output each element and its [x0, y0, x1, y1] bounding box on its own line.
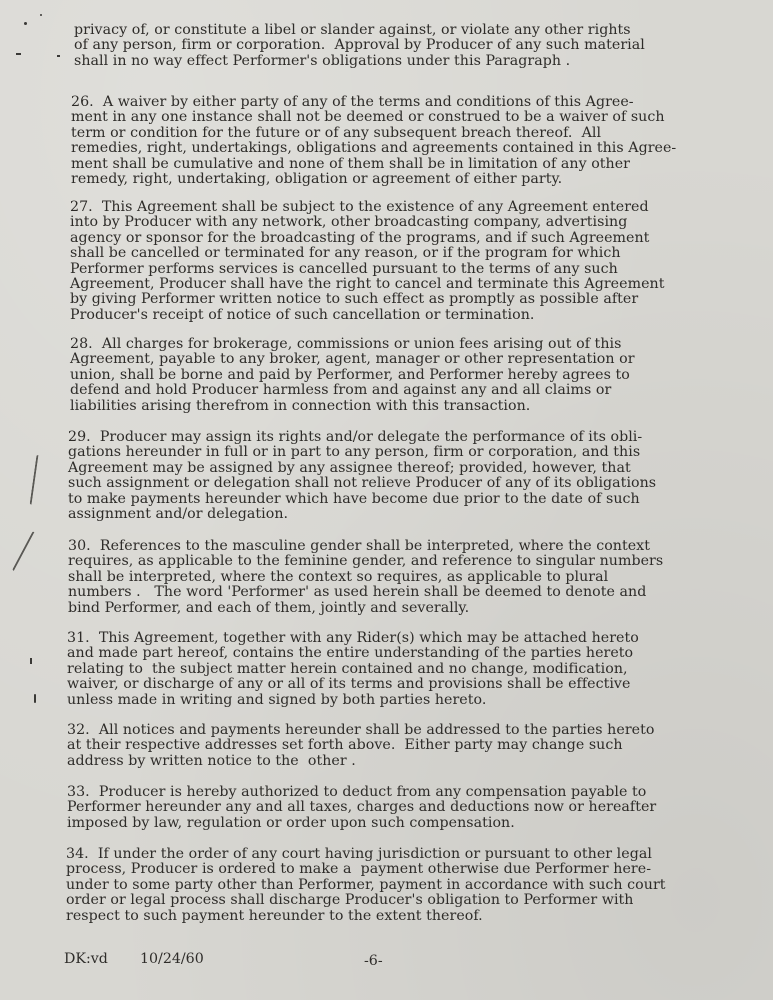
text-line: waiver, or discharge of any or all of it…: [67, 676, 630, 692]
text-line: shall in no way effect Performer's oblig…: [74, 53, 570, 69]
typist-initials: DK:vd: [64, 951, 108, 967]
text-line: 34. If under the order of any court havi…: [66, 846, 652, 862]
text-line: 28. All charges for brokerage, commissio…: [70, 336, 621, 352]
text-line: of any person, firm or corporation. Appr…: [74, 37, 645, 53]
text-line: 29. Producer may assign its rights and/o…: [68, 429, 642, 445]
text-line: unless made in writing and signed by bot…: [67, 692, 486, 708]
text-line: to make payments hereunder which have be…: [68, 491, 640, 507]
text-line: respect to such payment hereunder to the…: [66, 908, 483, 924]
ink-speck: [24, 22, 27, 25]
text-line: Agreement may be assigned by any assigne…: [68, 460, 631, 476]
text-line: Producer's receipt of notice of such can…: [70, 307, 534, 323]
text-line: privacy of, or constitute a libel or sla…: [74, 22, 631, 38]
text-line: assignment and/or delegation.: [68, 506, 288, 522]
text-line: remedies, right, undertakings, obligatio…: [71, 140, 676, 156]
ink-speck: [40, 14, 42, 16]
document-page: privacy of, or constitute a libel or sla…: [0, 0, 773, 1000]
text-line: at their respective addresses set forth …: [67, 737, 623, 753]
text-line: term or condition for the future or of a…: [71, 125, 601, 141]
text-line: ment shall be cumulative and none of the…: [71, 156, 630, 172]
text-line: bind Performer, and each of them, jointl…: [68, 600, 469, 616]
text-line: shall be cancelled or terminated for any…: [70, 245, 621, 261]
text-line: under to some party other than Performer…: [66, 877, 666, 893]
text-line: liabilities arising therefrom in connect…: [70, 398, 530, 414]
text-line: Agreement, payable to any broker, agent,…: [70, 351, 635, 367]
text-line: defend and hold Producer harmless from a…: [70, 382, 611, 398]
text-line: Agreement, Producer shall have the right…: [70, 276, 664, 292]
text-line: numbers . The word 'Performer' as used h…: [68, 584, 646, 600]
text-line: order or legal process shall discharge P…: [66, 892, 634, 908]
staple-mark: [12, 531, 38, 573]
text-line: by giving Performer written notice to su…: [70, 291, 638, 307]
document-date: 10/24/60: [140, 951, 204, 967]
text-line: gations hereunder in full or in part to …: [68, 444, 640, 460]
text-line: Performer performs services is cancelled…: [70, 261, 618, 277]
staple-mark: [30, 455, 42, 505]
text-line: 26. A waiver by either party of any of t…: [71, 94, 634, 110]
text-line: such assignment or delegation shall not …: [68, 475, 656, 491]
text-line: requires, as applicable to the feminine …: [68, 553, 663, 569]
text-line: ment in any one instance shall not be de…: [71, 109, 665, 125]
text-line: into by Producer with any network, other…: [70, 214, 627, 230]
ink-speck: [16, 53, 21, 55]
ink-speck: [30, 658, 32, 664]
text-line: process, Producer is ordered to make a p…: [66, 861, 651, 877]
text-line: 32. All notices and payments hereunder s…: [67, 722, 654, 738]
text-line: imposed by law, regulation or order upon…: [67, 815, 515, 831]
ink-speck: [57, 55, 60, 57]
text-line: shall be interpreted, where the context …: [68, 569, 608, 585]
text-line: relating to the subject matter herein co…: [67, 661, 628, 677]
text-line: 33. Producer is hereby authorized to ded…: [67, 784, 646, 800]
text-line: 30. References to the masculine gender s…: [68, 538, 650, 554]
text-line: union, shall be borne and paid by Perfor…: [70, 367, 630, 383]
text-line: 27. This Agreement shall be subject to t…: [70, 199, 649, 215]
text-line: 31. This Agreement, together with any Ri…: [67, 630, 639, 646]
text-line: address by written notice to the other .: [67, 753, 356, 769]
text-line: agency or sponsor for the broadcasting o…: [70, 230, 649, 246]
text-line: and made part hereof, contains the entir…: [67, 645, 633, 661]
text-line: Performer hereunder any and all taxes, c…: [67, 799, 656, 815]
ink-speck: [34, 694, 36, 703]
text-line: remedy, right, undertaking, obligation o…: [71, 171, 562, 187]
page-number: -6-: [364, 953, 383, 969]
